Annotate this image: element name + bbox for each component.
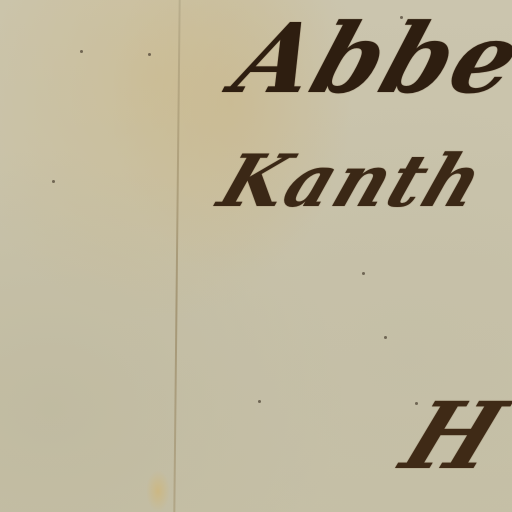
- paper-stain: [146, 470, 170, 512]
- ink-speck: [80, 50, 83, 53]
- ink-speck: [258, 400, 261, 403]
- handwritten-line-2: Kanth: [209, 138, 497, 223]
- ink-speck: [148, 53, 151, 56]
- ink-speck: [362, 272, 365, 275]
- ink-speck: [52, 180, 55, 183]
- ink-speck: [384, 336, 387, 339]
- ink-speck: [415, 402, 418, 405]
- handwritten-line-1: Abbe: [222, 2, 512, 115]
